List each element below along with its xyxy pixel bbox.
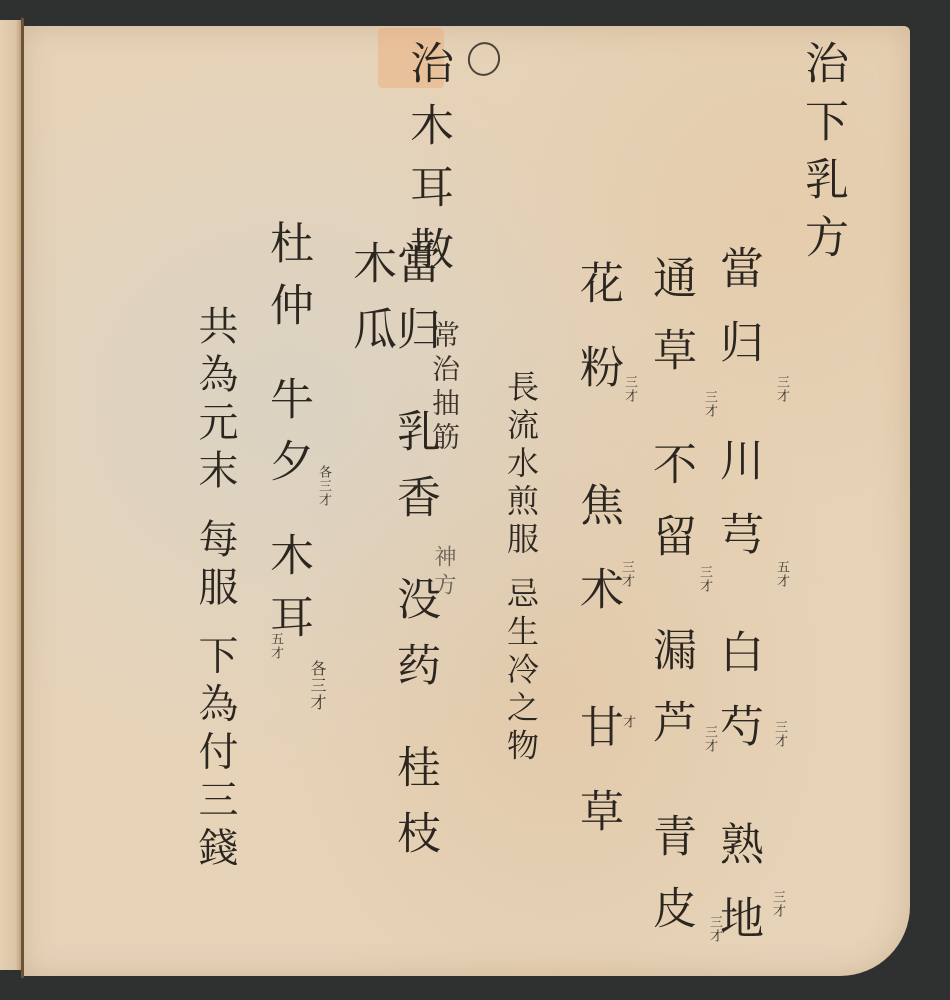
- herb-name: 没药: [392, 576, 436, 708]
- recipe-title-lactation: 治下乳方: [800, 40, 844, 272]
- herb-name: 不留: [648, 441, 692, 585]
- herb-column-7: 當归 乳香 没药 桂枝 木瓜: [348, 240, 436, 1000]
- herb-dose: 五才: [772, 560, 791, 588]
- herb-column-8: 杜仲 牛夕 木耳: [265, 220, 309, 656]
- herb-column-2: 當归 川芎 白芍 熟地: [715, 245, 759, 969]
- decoction-instructions: 長流水煎服 忌生冷之物: [505, 370, 537, 766]
- herb-name: 甘草: [575, 704, 619, 872]
- herb-dose: 三才: [620, 375, 639, 403]
- herb-dose: 三才: [768, 890, 787, 918]
- adjacent-page-edge: [0, 20, 22, 970]
- herb-dose: 才: [618, 715, 637, 729]
- herb-name: 花粉: [575, 260, 619, 428]
- herb-name: 熟地: [715, 821, 759, 969]
- manuscript-page: [24, 26, 910, 976]
- herb-dose: 三才: [617, 560, 636, 588]
- herb-dose: 三才: [695, 565, 714, 593]
- herb-dose: 三才: [772, 375, 791, 403]
- herb-name: 乳香: [392, 408, 436, 540]
- herb-dose: 三才: [700, 390, 719, 418]
- herb-dose: 三才: [700, 725, 719, 753]
- herb-dose: 三才: [705, 915, 724, 943]
- herb-name: 當归: [392, 240, 436, 372]
- herb-column-3: 通草 不留 漏芦 青皮: [648, 255, 692, 957]
- herb-dose: 五才: [266, 632, 285, 660]
- herb-name: 當归: [715, 245, 759, 393]
- herb-name: 通草: [648, 255, 692, 399]
- herb-name: 川芎: [715, 437, 759, 585]
- herb-name: 焦术: [575, 482, 619, 650]
- herb-dose: 各三才: [314, 465, 333, 507]
- herb-dose: 各三才: [306, 660, 329, 711]
- dosage-instructions: 共為元末 每服 下為付三錢: [195, 305, 235, 874]
- herb-name: 漏芦: [648, 627, 692, 771]
- herb-dose: 三才: [770, 720, 789, 748]
- herb-name: 杜仲: [265, 220, 309, 344]
- herb-column-4: 花粉 焦术 甘草: [575, 260, 619, 872]
- herb-name: 白芍: [715, 629, 759, 777]
- herb-name: 青皮: [648, 813, 692, 957]
- herb-name: 桂枝: [392, 744, 436, 876]
- herb-name: 木瓜: [348, 240, 392, 372]
- herb-name: 牛夕: [265, 376, 309, 500]
